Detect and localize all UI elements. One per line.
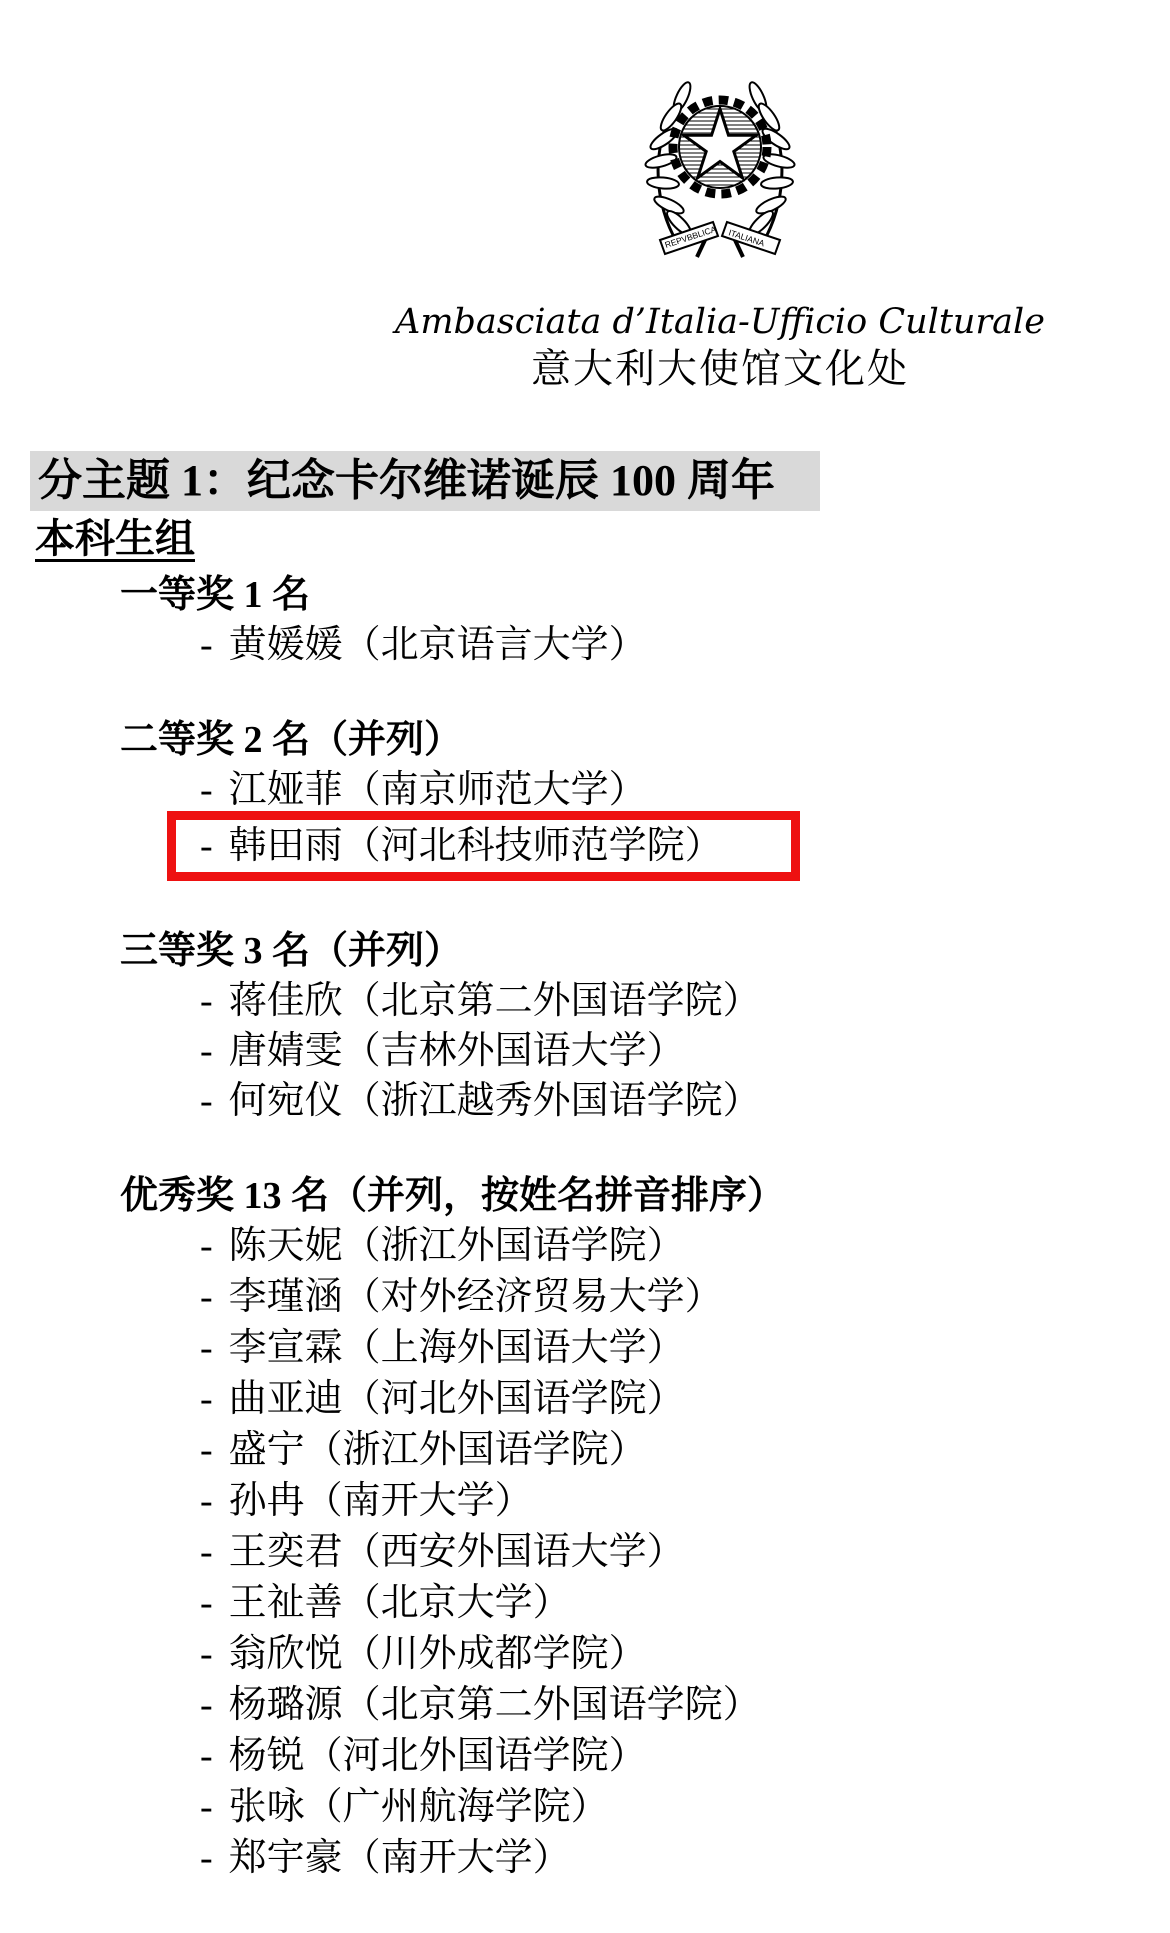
bullet-dash: - (200, 1221, 213, 1272)
winner-row: -李宣霖（上海外国语大学） (200, 1323, 1170, 1374)
winner-text: 韩田雨（河北科技师范学院） (229, 825, 723, 867)
bullet-dash: - (200, 765, 213, 815)
org-name-chinese: 意大利大使馆文化处 (390, 345, 1050, 393)
bullet-dash: - (200, 1323, 213, 1374)
bullet-dash: - (200, 620, 213, 670)
section-first-prize: 一等奖 1 名 -黄媛媛（北京语言大学） (0, 570, 1170, 670)
winner-row: -张咏（广州航海学院） (200, 1782, 1170, 1833)
winner-row: -郑宇豪（南开大学） (200, 1833, 1170, 1884)
winner-text: 何宛仪（浙江越秀外国语学院） (229, 1080, 761, 1122)
bullet-dash: - (200, 1527, 213, 1578)
letterhead: REPVBBLICA ITALIANA Ambasciata d’Italia-… (390, 0, 1050, 393)
bullet-dash: - (200, 1425, 213, 1476)
winner-row-highlighted: -韩田雨（河北科技师范学院） (200, 822, 791, 870)
bullet-dash: - (200, 1272, 213, 1323)
section-third-prize: 三等奖 3 名（并列） -蒋佳欣（北京第二外国语学院） -唐婧雯（吉林外国语大学… (0, 926, 1170, 1126)
bullet-dash: - (200, 1026, 213, 1076)
winner-text: 李宣霖（上海外国语大学） (229, 1327, 685, 1369)
winner-text: 杨锐（河北外国语学院） (229, 1735, 647, 1777)
bullet-dash: - (200, 1833, 213, 1884)
winner-text: 曲亚迪（河北外国语学院） (229, 1378, 685, 1420)
bullet-dash: - (200, 1629, 213, 1680)
winner-row: -黄媛媛（北京语言大学） (200, 620, 1170, 670)
winner-text: 孙冉（南开大学） (229, 1480, 533, 1522)
winner-text: 杨璐源（北京第二外国语学院） (229, 1684, 761, 1726)
winner-text: 翁欣悦（川外成都学院） (229, 1633, 647, 1675)
winner-text: 陈天妮（浙江外国语学院） (229, 1225, 685, 1267)
bullet-dash: - (200, 1374, 213, 1425)
winner-row: -江娅菲（南京师范大学） (200, 765, 1170, 815)
section-title: 一等奖 1 名 (120, 570, 1170, 620)
winner-row: -何宛仪（浙江越秀外国语学院） (200, 1076, 1170, 1126)
winner-text: 张咏（广州航海学院） (229, 1786, 609, 1828)
winner-text: 唐婧雯（吉林外国语大学） (229, 1030, 685, 1072)
section-second-prize: 二等奖 2 名（并列） -江娅菲（南京师范大学） -韩田雨（河北科技师范学院） (0, 715, 1170, 881)
group-heading: 本科生组 (35, 511, 195, 567)
subtopic-heading: 分主题 1：纪念卡尔维诺诞辰 100 周年 (30, 451, 820, 511)
winner-text: 郑宇豪（南开大学） (229, 1837, 571, 1879)
winner-row: -王奕君（西安外国语大学） (200, 1527, 1170, 1578)
bullet-dash: - (200, 822, 213, 870)
winner-row: -翁欣悦（川外成都学院） (200, 1629, 1170, 1680)
winner-row: -蒋佳欣（北京第二外国语学院） (200, 976, 1170, 1026)
winner-row: -曲亚迪（河北外国语学院） (200, 1374, 1170, 1425)
winner-text: 黄媛媛（北京语言大学） (229, 624, 647, 666)
winner-text: 李瑾涵（对外经济贸易大学） (229, 1276, 723, 1318)
winner-row: -孙冉（南开大学） (200, 1476, 1170, 1527)
winner-row: -杨锐（河北外国语学院） (200, 1731, 1170, 1782)
bullet-dash: - (200, 1578, 213, 1629)
section-title: 三等奖 3 名（并列） (120, 926, 1170, 976)
winner-text: 江娅菲（南京师范大学） (229, 769, 647, 811)
bullet-dash: - (200, 1076, 213, 1126)
org-name-italian: Ambasciata d’Italia-Ufficio Culturale (390, 301, 1050, 343)
red-highlight-box: -韩田雨（河北科技师范学院） (167, 811, 800, 881)
winner-row: -唐婧雯（吉林外国语大学） (200, 1026, 1170, 1076)
winner-row: -王祉善（北京大学） (200, 1578, 1170, 1629)
italy-republic-emblem-icon: REPVBBLICA ITALIANA (635, 55, 805, 267)
winner-text: 王奕君（西安外国语大学） (229, 1531, 685, 1573)
bullet-dash: - (200, 1476, 213, 1527)
bullet-dash: - (200, 1680, 213, 1731)
winner-row: -陈天妮（浙江外国语学院） (200, 1221, 1170, 1272)
winner-row: -盛宁（浙江外国语学院） (200, 1425, 1170, 1476)
section-title: 二等奖 2 名（并列） (120, 715, 1170, 765)
winner-text: 盛宁（浙江外国语学院） (229, 1429, 647, 1471)
winner-text: 蒋佳欣（北京第二外国语学院） (229, 980, 761, 1022)
bullet-dash: - (200, 976, 213, 1026)
bullet-dash: - (200, 1782, 213, 1833)
winner-row: -李瑾涵（对外经济贸易大学） (200, 1272, 1170, 1323)
section-excellence-award: 优秀奖 13 名（并列，按姓名拼音排序） -陈天妮（浙江外国语学院） -李瑾涵（… (0, 1171, 1170, 1884)
winner-text: 王祉善（北京大学） (229, 1582, 571, 1624)
section-title: 优秀奖 13 名（并列，按姓名拼音排序） (120, 1171, 1170, 1221)
bullet-dash: - (200, 1731, 213, 1782)
document-page: REPVBBLICA ITALIANA Ambasciata d’Italia-… (0, 0, 1170, 1933)
winner-row: -杨璐源（北京第二外国语学院） (200, 1680, 1170, 1731)
